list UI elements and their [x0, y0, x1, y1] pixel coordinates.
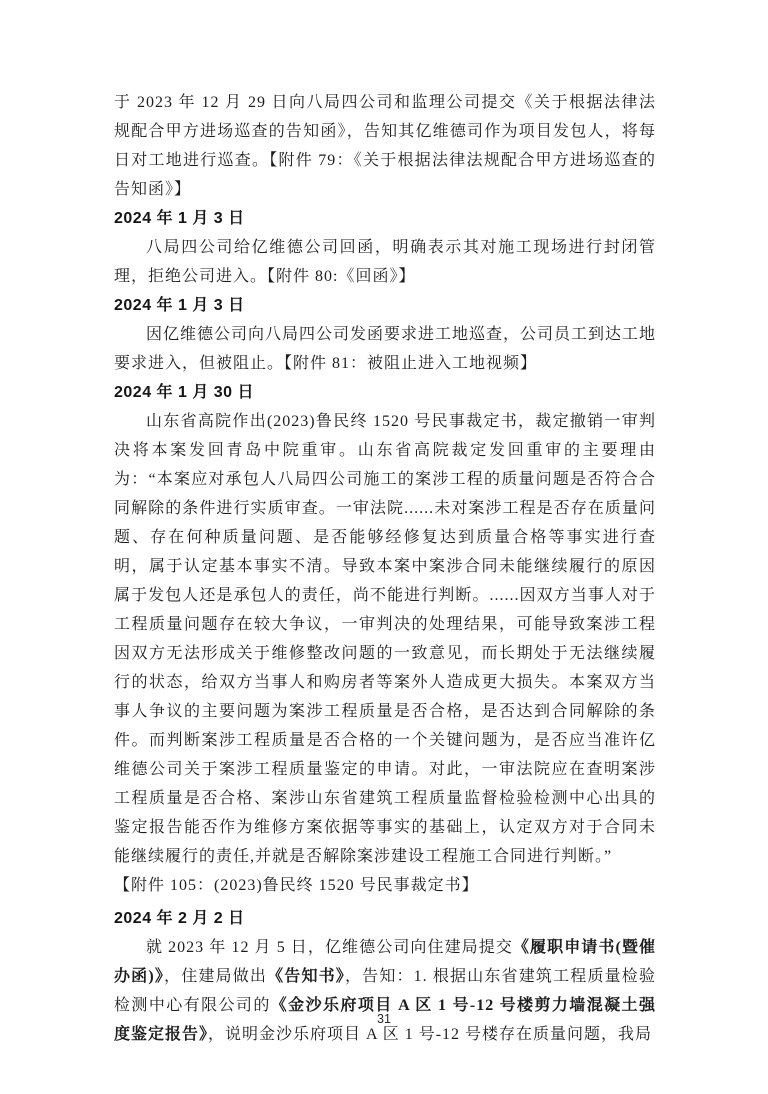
text-segment: ，说明金沙乐府项目 A 区 1 号-12 号楼存在质量问题，我局 — [208, 1026, 652, 1043]
text-segment: 于 2023 年 12 月 29 日向八局四公司和监理公司提交《关于根据法律法规… — [114, 94, 656, 198]
text-segment: 【附件 105：(2023)鲁民终 1520 号民事裁定书】 — [114, 877, 479, 894]
body-paragraph: 因亿维德公司向八局四公司发函要求进工地巡查，公司员工到达工地要求进入，但被阻止。… — [114, 320, 656, 378]
page-number: 31 — [0, 1012, 768, 1026]
date-heading: 2024 年 1 月 3 日 — [114, 204, 656, 233]
bold-title-segment: 《告知书》 — [267, 968, 345, 985]
body-paragraph: 山东省高院作出(2023)鲁民终 1520 号民事裁定书，裁定撤销一审判决将本案… — [114, 407, 656, 871]
body-paragraph: 于 2023 年 12 月 29 日向八局四公司和监理公司提交《关于根据法律法规… — [114, 88, 656, 204]
body-paragraph: 八局四公司给亿维德公司回函，明确表示其对施工现场进行封闭管理，拒绝公司进入。【附… — [114, 233, 656, 291]
body-paragraph: 【附件 105：(2023)鲁民终 1520 号民事裁定书】 — [114, 871, 656, 900]
date-heading: 2024 年 2 月 2 日 — [114, 904, 656, 933]
text-segment: 就 2023 年 12 月 5 日，亿维德公司向住建局提交 — [146, 939, 513, 956]
text-segment: 因亿维德公司向八局四公司发函要求进工地巡查，公司员工到达工地要求进入，但被阻止。… — [114, 326, 656, 372]
body-paragraph: 就 2023 年 12 月 5 日，亿维德公司向住建局提交《履职申请书(暨催办函… — [114, 933, 656, 1049]
text-segment: 八局四公司给亿维德公司回函，明确表示其对施工现场进行封闭管理，拒绝公司进入。【附… — [114, 239, 656, 285]
text-segment: 山东省高院作出(2023)鲁民终 1520 号民事裁定书，裁定撤销一审判决将本案… — [114, 413, 656, 865]
document-body: 于 2023 年 12 月 29 日向八局四公司和监理公司提交《关于根据法律法规… — [114, 88, 656, 1049]
text-segment: ，住建局做出 — [164, 968, 267, 985]
date-heading: 2024 年 1 月 3 日 — [114, 291, 656, 320]
date-heading: 2024 年 1 月 30 日 — [114, 378, 656, 407]
document-page: 于 2023 年 12 月 29 日向八局四公司和监理公司提交《关于根据法律法规… — [0, 0, 768, 1094]
